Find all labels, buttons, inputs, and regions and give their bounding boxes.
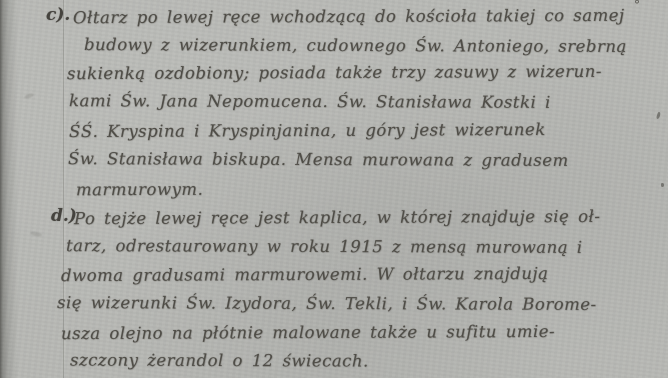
text-line: Ołtarz po lewej ręce wchodzącą do kościo… [73, 5, 625, 29]
paper-smudge [24, 92, 35, 99]
text-line: budowy z wizerunkiem, cudownego Św. Anto… [84, 34, 627, 58]
text-line: Po tejże lewej ręce jest kaplica, w któr… [74, 206, 601, 230]
text-line: usza olejno na płótnie malowane także u … [61, 321, 555, 345]
top-right-ink-mark: ° [634, 0, 640, 12]
scan-left-edge-shadow [0, 0, 18, 378]
paragraph-label-c: c). [46, 5, 70, 25]
manuscript-page: ° c). Ołtarz po lewej ręce wchodzącą do … [0, 0, 668, 378]
text-line: się wizerunki Św. Izydora, Św. Tekli, i … [57, 292, 597, 316]
text-line: szczony żerandol o 12 świecach. [70, 349, 369, 372]
text-line: dwoma gradusami marmurowemi. W ołtarzu z… [61, 263, 548, 287]
text-line: kami Św. Jana Nepomucena. Św. Stanisława… [69, 90, 551, 114]
paper-smudge [30, 231, 43, 237]
text-line: ŚŚ. Kryspina i Kryspinjanina, u góry jes… [69, 119, 546, 143]
text-line: tarz, odrestaurowany w roku 1915 z mensą… [66, 235, 583, 259]
paper-crease-line [63, 0, 64, 378]
ink-speck [661, 183, 664, 187]
text-line: Św. Stanisława biskupa. Mensa murowana z… [68, 148, 569, 172]
text-line: marmurowym. [76, 179, 203, 202]
text-line: sukienką ozdobiony; posiada także trzy z… [67, 61, 602, 85]
ink-speck [656, 112, 661, 120]
